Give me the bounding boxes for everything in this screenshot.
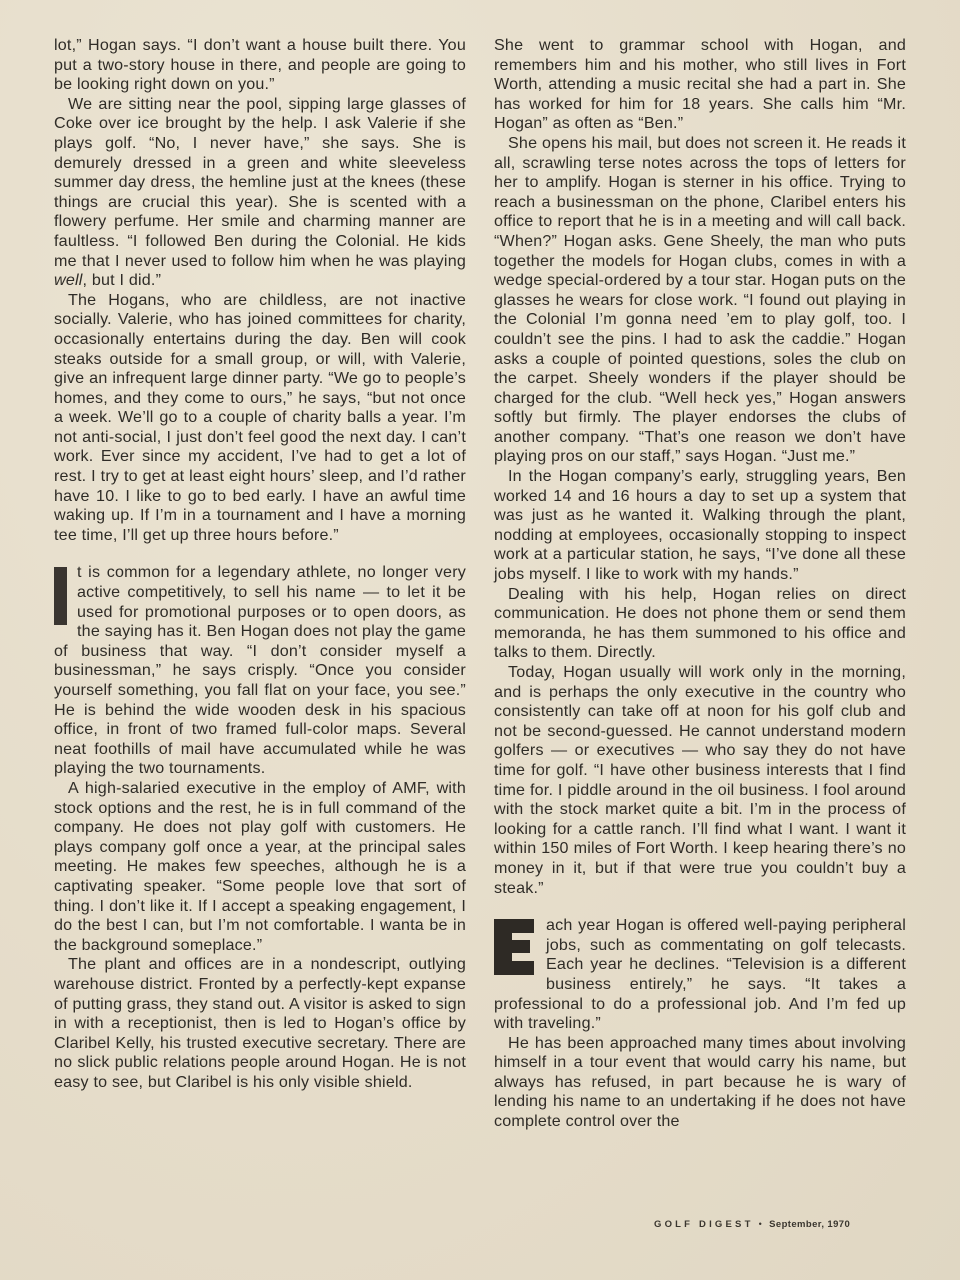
paragraph-section-peripheral-jobs: ach year Hogan is offered well-paying pe… [494, 916, 906, 1034]
paragraph-text: ach year Hogan is offered well-paying pe… [494, 916, 906, 1032]
paragraph-tour-event: He has been approached many times about … [494, 1034, 906, 1132]
paragraph-text: t is common for a legendary athlete, no … [54, 563, 466, 777]
italic-emphasis: well [54, 271, 83, 289]
paragraph-hogans-social: The Hogans, who are childless, are not i… [54, 291, 466, 546]
paragraph-morning-work: Today, Hogan usually will work only in t… [494, 663, 906, 898]
paragraph-mail: She opens his mail, but does not screen … [494, 134, 906, 467]
paragraph-section-business: t is common for a legendary athlete, no … [54, 563, 466, 779]
page-footer: GOLF DIGEST•September, 1970 [654, 1219, 850, 1230]
paragraph-continued: lot,” Hogan says. “I don’t want a house … [54, 36, 466, 95]
dropcap-letter-e [494, 919, 536, 975]
paragraph-direct-communication: Dealing with his help, Hogan relies on d… [494, 585, 906, 663]
magazine-name: GOLF DIGEST [654, 1219, 754, 1230]
magazine-page: lot,” Hogan says. “I don’t want a house … [54, 36, 912, 1226]
paragraph-text: We are sitting near the pool, sipping la… [54, 95, 466, 270]
left-column: lot,” Hogan says. “I don’t want a house … [54, 36, 466, 1092]
paragraph-claribel: She went to grammar school with Hogan, a… [494, 36, 906, 134]
paragraph-text-end: , but I did.” [83, 271, 162, 289]
issue-date: September, 1970 [769, 1219, 850, 1230]
paragraph-early-years: In the Hogan company’s early, struggling… [494, 467, 906, 585]
paragraph-pool-scene: We are sitting near the pool, sipping la… [54, 95, 466, 291]
paragraph-executive-amf: A high-salaried executive in the employ … [54, 779, 466, 955]
right-column: She went to grammar school with Hogan, a… [494, 36, 906, 1132]
bullet-separator: • [759, 1219, 763, 1229]
paragraph-plant-offices: The plant and offices are in a nondescri… [54, 955, 466, 1092]
dropcap-letter-i [54, 567, 67, 625]
